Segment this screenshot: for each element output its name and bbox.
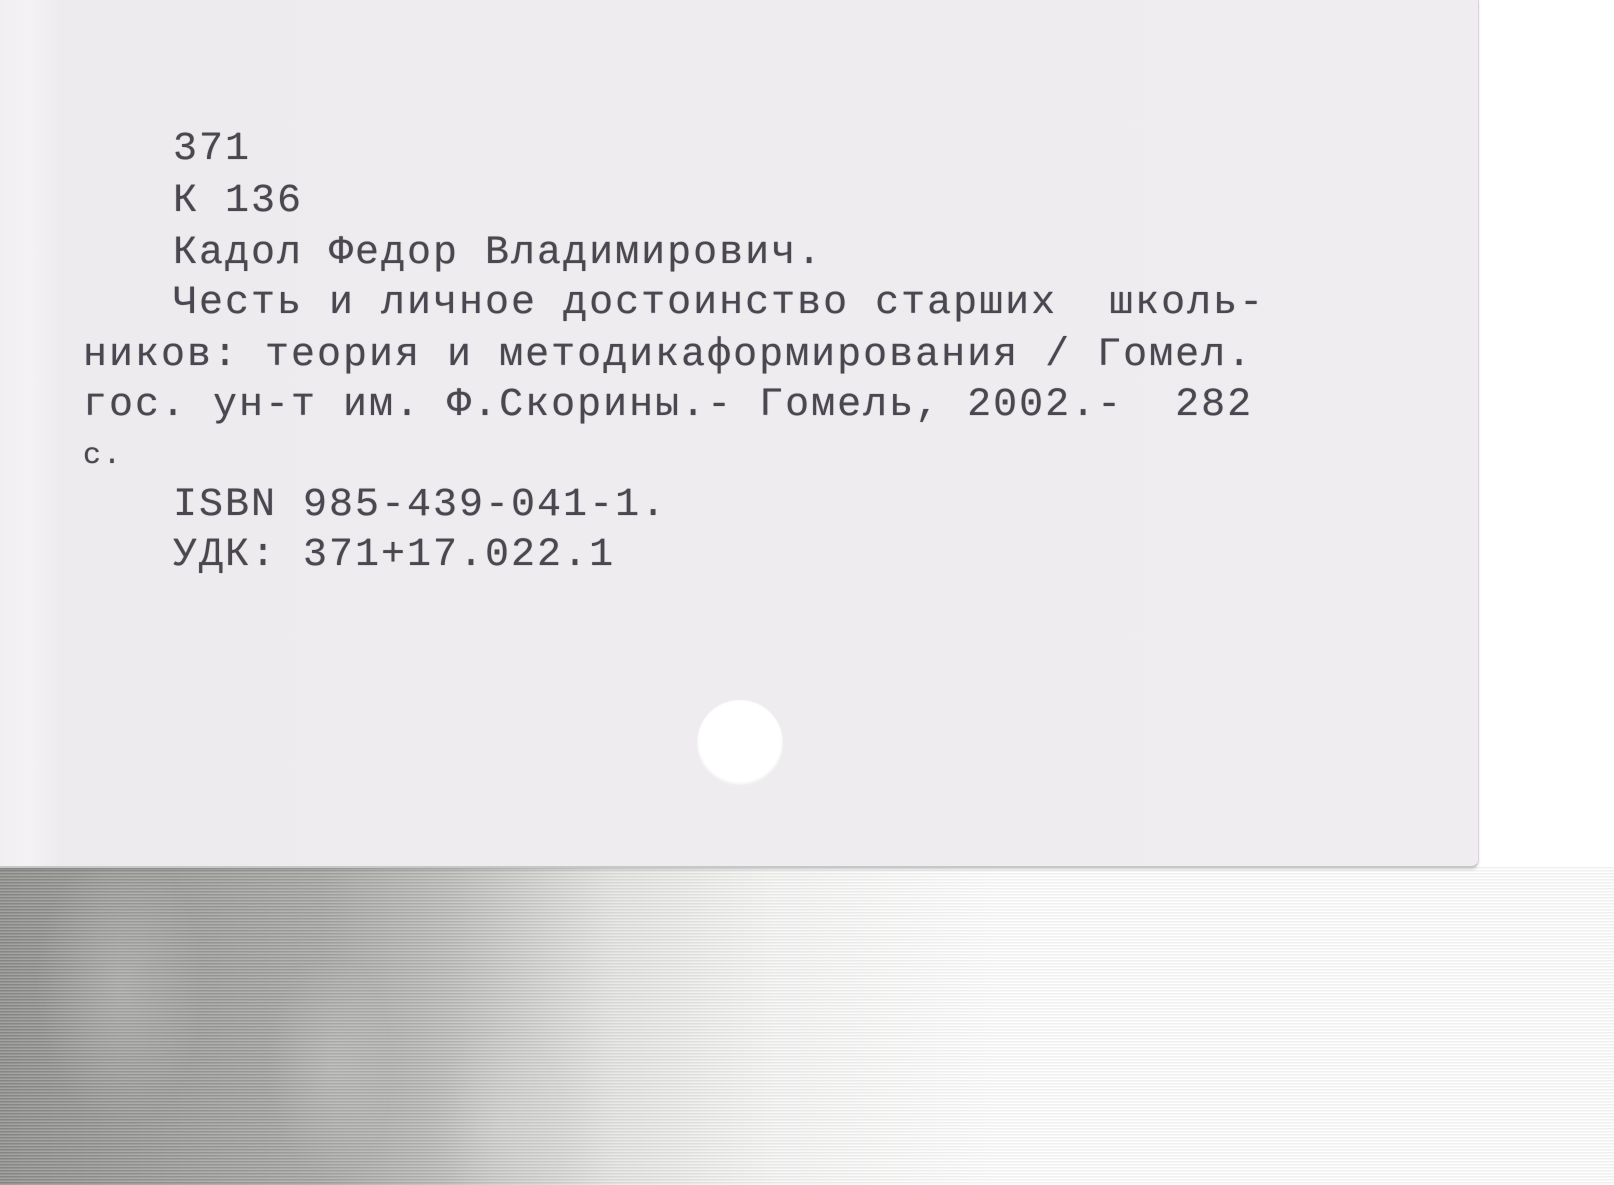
isbn: ISBN 985-439-041-1. xyxy=(173,480,667,532)
classification-number: 371 xyxy=(173,124,251,176)
title-line-2: ников: теория и методикаформирования / Г… xyxy=(83,330,1253,382)
title-line-3: гос. ун-т им. Ф.Скорины.- Гомель, 2002.-… xyxy=(83,380,1253,432)
library-catalog-card: 371 К 136 Кадол Федор Владимирович. Чест… xyxy=(0,0,1479,868)
author-name: Кадол Федор Владимирович. xyxy=(173,228,823,280)
cutter-number: К 136 xyxy=(173,176,303,228)
title-line-1: Честь и личное достоинство старших школь… xyxy=(173,278,1265,330)
punch-hole xyxy=(697,700,783,786)
udc-code: УДК: 371+17.022.1 xyxy=(173,530,615,582)
scanner-bed-background xyxy=(0,866,1614,1185)
title-line-4: с. xyxy=(83,430,123,482)
